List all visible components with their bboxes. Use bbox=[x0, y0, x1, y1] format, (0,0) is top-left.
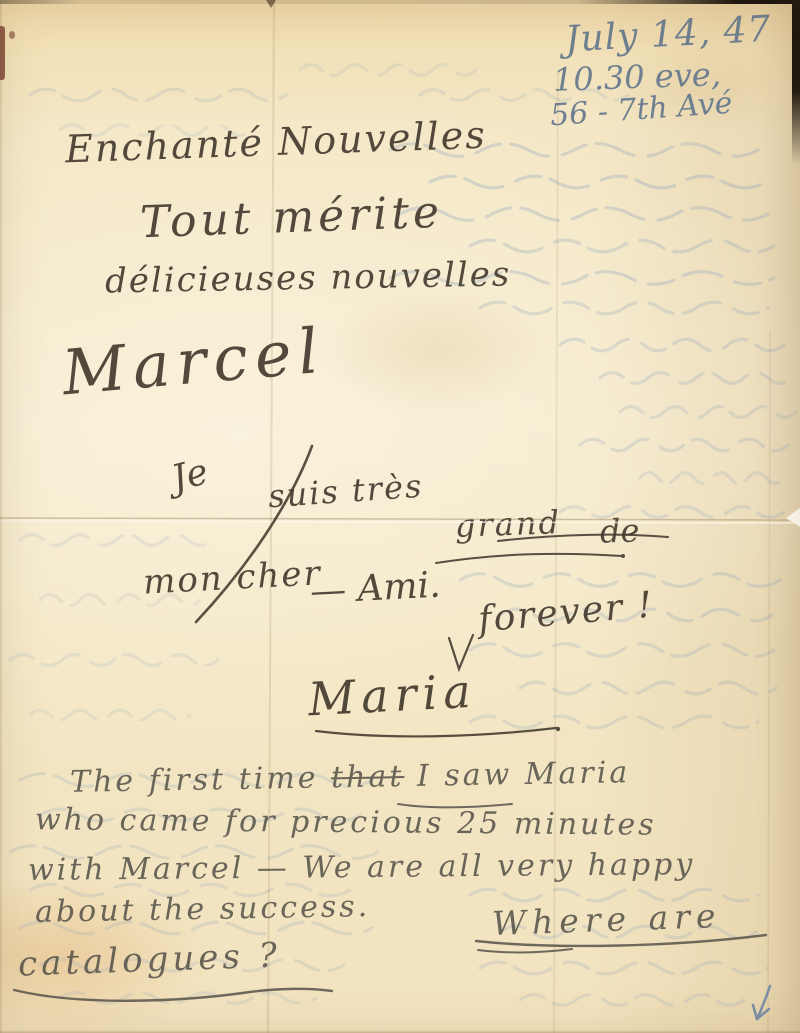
date-line-1: July 14, 47 bbox=[564, 9, 772, 61]
english-line-3: with Marcel — We are all very happy bbox=[28, 847, 696, 888]
maria-underline-dot bbox=[556, 727, 560, 731]
fold-crease-highlight bbox=[0, 521, 800, 523]
fold-crease-vertical-center bbox=[554, 70, 558, 1033]
english-line-1-struck-word: that bbox=[331, 759, 405, 795]
edge-tear-notch bbox=[786, 508, 800, 527]
catalogues-underline bbox=[14, 989, 332, 1001]
fold-crease-horizontal bbox=[0, 518, 800, 520]
english-line-4a: about the success. bbox=[35, 889, 371, 930]
where-are-underline-2 bbox=[478, 949, 572, 953]
english-line-4b: Where are bbox=[491, 896, 722, 943]
fold-crease-vertical-right bbox=[768, 330, 770, 1033]
signature-marcel: Marcel bbox=[59, 314, 328, 410]
french-word-de: de bbox=[599, 511, 640, 550]
french-words-mon-cher: mon cher bbox=[142, 553, 323, 602]
red-edge-dot bbox=[9, 31, 15, 39]
english-line-2: who came for precious 25 minutes bbox=[35, 802, 657, 842]
maria-underline bbox=[316, 728, 556, 736]
english-line-1-post: Maria bbox=[512, 755, 631, 792]
grand-flourish-2 bbox=[436, 554, 622, 563]
french-word-ami: — Ami. bbox=[309, 565, 442, 613]
flourish-dot bbox=[621, 554, 625, 558]
french-words-suis-tres: suis très bbox=[267, 467, 425, 516]
english-line-1-mid: I saw bbox=[404, 757, 512, 794]
french-line-enchante: Enchanté Nouvelles bbox=[64, 113, 487, 172]
french-word-je: Je bbox=[168, 451, 213, 499]
signature-maria: Maria bbox=[307, 664, 478, 727]
red-edge-mark bbox=[0, 26, 5, 80]
english-line-5: catalogues ? bbox=[17, 935, 281, 984]
english-line-1-pre: The first time bbox=[70, 760, 332, 800]
french-line-delicieuses: délicieuses nouvelles bbox=[105, 254, 512, 301]
french-word-grand: grand bbox=[454, 503, 561, 545]
french-line-tout-merite: Tout mérite bbox=[139, 187, 444, 249]
down-arrow-icon bbox=[753, 986, 770, 1019]
scan-edge-left bbox=[0, 0, 3, 1033]
letter-page: July 14, 47 10.30 eve, 56 - 7th Avé Ench… bbox=[0, 0, 800, 1033]
scan-edge-top bbox=[0, 0, 800, 4]
scan-edge-right bbox=[792, 0, 800, 165]
english-line-1: The first time that I saw Maria bbox=[70, 755, 631, 800]
french-word-forever: forever ! bbox=[477, 584, 656, 640]
